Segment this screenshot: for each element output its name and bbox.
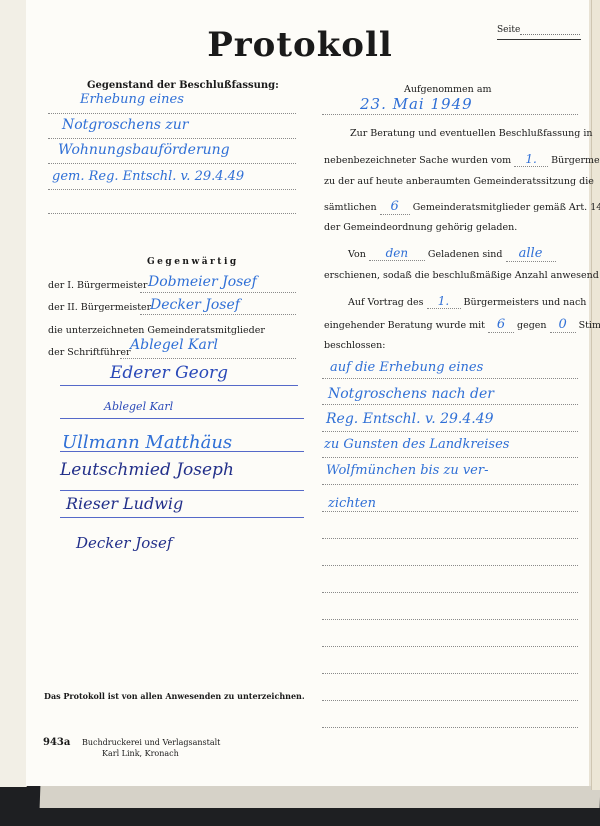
resolution-rule	[322, 378, 578, 379]
resolution-rule	[322, 404, 578, 405]
fill-mayor-number: 1.	[514, 152, 548, 167]
signature-rule	[60, 517, 304, 518]
resolution-rule	[322, 484, 578, 485]
paragraph-line-5: der Gemeindeordnung gehörig geladen.	[324, 222, 517, 233]
subject-line-4: gem. Reg. Entschl. v. 29.4.49	[52, 169, 244, 184]
text: Geladenen sind	[428, 249, 503, 260]
recorded-date: 23. Mai 1949	[360, 95, 473, 113]
empty-rule	[322, 538, 578, 539]
page-number-label: Seite	[497, 25, 520, 35]
paragraph-line-3: zu der auf heute anberaumten Gemeinderat…	[324, 176, 594, 187]
paragraph-line-7: erschienen, sodaß die beschlußmäßige Anz…	[324, 270, 600, 281]
clerk-value: Ablegel Karl	[130, 337, 218, 353]
signature-1: Ederer Georg	[110, 363, 228, 383]
empty-rule	[322, 727, 578, 728]
paragraph-line-1: Zur Beratung und eventuellen Beschlußfas…	[350, 128, 593, 139]
empty-rule	[322, 565, 578, 566]
signature-5: Rieser Ludwig	[66, 494, 183, 513]
empty-rule	[322, 646, 578, 647]
subject-rule-1	[48, 113, 296, 114]
paragraph-line-10: beschlossen:	[324, 340, 385, 351]
mayor1-label: der I. Bürgermeister	[48, 280, 147, 291]
resolution-line-6: zichten	[328, 496, 376, 511]
text: Von	[348, 249, 366, 260]
mayor2-value: Decker Josef	[150, 297, 240, 313]
empty-rule	[322, 700, 578, 701]
form-number: 943a	[43, 737, 70, 748]
empty-rule	[322, 619, 578, 620]
signature-3: Ullmann Matthäus	[62, 432, 232, 453]
fill-votes-against: 0	[550, 317, 576, 333]
subject-line-3: Wohnungsbauförderung	[58, 142, 230, 158]
subject-line-2: Notgroschens zur	[62, 117, 188, 133]
fill-votes-for: 6	[488, 317, 514, 333]
resolution-line-4: zu Gunsten des Landkreises	[324, 437, 509, 452]
printer-line-2: Karl Link, Kronach	[102, 749, 179, 758]
resolution-line-2: Notgroschens nach der	[328, 386, 494, 402]
text: Stimmen	[579, 320, 600, 331]
subject-rule-2	[48, 138, 296, 139]
clerk-label: der Schriftführer	[48, 347, 131, 358]
subject-rule-4	[48, 189, 296, 190]
left-page-margin	[0, 0, 27, 787]
subject-rule-5	[48, 213, 296, 214]
recorded-label: Aufgenommen am	[404, 84, 492, 95]
text: sämtlichen	[324, 202, 377, 213]
printer-line-1: Buchdruckerei und Verlagsanstalt	[82, 738, 220, 747]
present-heading: Gegenwärtig	[147, 257, 239, 267]
text: Auf Vortrag des	[348, 297, 423, 308]
signature-rule	[60, 418, 304, 419]
mayor1-value: Dobmeier Josef	[148, 274, 257, 290]
mayor2-label: der II. Bürgermeister	[48, 302, 151, 313]
resolution-line-1: auf die Erhebung eines	[330, 360, 483, 375]
subject-line-1: Erhebung eines	[80, 92, 184, 107]
underlying-page-edge	[40, 786, 600, 808]
resolution-rule	[322, 511, 578, 512]
signature-4: Leutschmied Joseph	[60, 460, 234, 480]
text: gegen	[517, 320, 547, 331]
fill-member-count: 6	[380, 199, 410, 215]
text: Bürgermeister	[551, 155, 600, 166]
signature-6: Decker Josef	[76, 534, 172, 552]
signature-rule	[60, 385, 298, 386]
paragraph-line-4: sämtlichen 6 Gemeinderatsmitglieder gemä…	[324, 199, 600, 215]
paragraph-line-8: Auf Vortrag des 1. Bürgermeisters und na…	[348, 294, 586, 309]
resolution-rule	[322, 431, 578, 432]
signature-2: Ablegel Karl	[104, 400, 173, 413]
page-number-field	[520, 34, 580, 35]
subject-rule-3	[48, 163, 296, 164]
resolution-rule	[322, 457, 578, 458]
mayor1-rule	[140, 292, 296, 293]
clerk-rule	[120, 358, 296, 359]
fill-attendance: alle	[506, 246, 556, 262]
text: Bürgermeisters und nach	[464, 297, 587, 308]
signature-note: Das Protokoll ist von allen Anwesenden z…	[44, 691, 305, 701]
paragraph-line-2: nebenbezeichneter Sache wurden vom 1. Bü…	[324, 152, 600, 167]
empty-rule	[322, 592, 578, 593]
signature-rule	[60, 490, 304, 491]
members-label: die unterzeichneten Gemeinderatsmitglied…	[48, 325, 265, 336]
text: eingehender Beratung wurde mit	[324, 320, 485, 331]
right-page-edge	[591, 0, 600, 790]
mayor2-rule	[140, 314, 296, 315]
empty-rule	[322, 673, 578, 674]
paragraph-line-9: eingehender Beratung wurde mit 6 gegen 0…	[324, 317, 600, 333]
subject-label: Gegenstand der Beschlußfassung:	[87, 80, 279, 91]
paragraph-line-6: Von den Geladenen sind alle	[348, 246, 556, 262]
signature-rule	[60, 451, 304, 452]
resolution-line-3: Reg. Entschl. v. 29.4.49	[326, 411, 494, 427]
recorded-date-rule	[322, 114, 578, 115]
resolution-line-5: Wolfmünchen bis zu ver-	[326, 463, 488, 478]
fill-presenter: 1.	[427, 294, 461, 309]
text: Gemeinderatsmitglieder gemäß Art. 145	[413, 202, 600, 213]
fill-of-invited: den	[369, 246, 425, 261]
header-rule	[497, 39, 581, 40]
text: nebenbezeichneter Sache wurden vom	[324, 155, 511, 166]
